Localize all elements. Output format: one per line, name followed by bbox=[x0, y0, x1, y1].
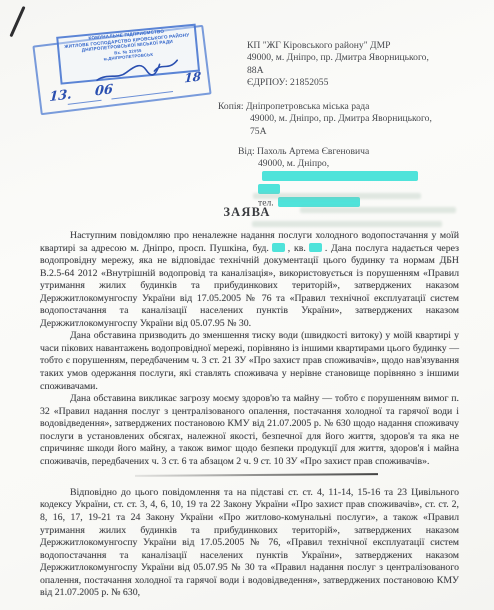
recipient-name: КП "ЖГ Кіровського району" ДМР bbox=[247, 40, 477, 52]
from-block: Від: Пахоль Артема Євгеновича 49000, м. … bbox=[238, 146, 488, 210]
redaction-apartment-number bbox=[309, 243, 322, 252]
bleed-through-line bbox=[252, 221, 442, 227]
bleed-through-line bbox=[253, 193, 421, 199]
from-name: Пахоль Артема Євгеновича bbox=[257, 146, 369, 157]
copy-address-building: 75А bbox=[218, 126, 478, 138]
copy-line: Копія: Дніпропетровська міська рада bbox=[218, 101, 478, 113]
handwritten-month: 06 bbox=[95, 82, 114, 99]
from-address-line: 49000, м. Дніпро, bbox=[238, 158, 488, 183]
document-title: ЗАЯВА bbox=[0, 205, 494, 220]
scanned-document-page: КОМУНАЛЬНЕ ПІДПРИЄМСТВО ЖИТЛОВЕ ГОСПОДАР… bbox=[0, 0, 494, 610]
copy-block: Копія: Дніпропетровська міська рада 4900… bbox=[218, 101, 478, 138]
document-body: Наступним повідомляю про неналежне надан… bbox=[40, 230, 459, 600]
paragraph-3: Дана обставина викликає загрозу моєму зд… bbox=[40, 393, 459, 468]
paragraph-1-text: . Дана послуга надається через водопрові… bbox=[40, 243, 459, 329]
handwritten-day: 13. bbox=[49, 87, 72, 105]
copy-address: 49000, м. Дніпро, пр. Дмитра Яворницьког… bbox=[218, 113, 478, 125]
redaction-address bbox=[262, 171, 418, 181]
paragraph-2: Дана обставина призводить до зменшення т… bbox=[40, 330, 459, 393]
paragraph-1-text: , кв. bbox=[288, 243, 306, 254]
recipient-edrpou: ЄДРПОУ: 21852055 bbox=[247, 77, 477, 89]
section-divider bbox=[135, 474, 378, 477]
incoming-stamp: КОМУНАЛЬНЕ ПІДПРИЄМСТВО ЖИТЛОВЕ ГОСПОДАР… bbox=[32, 21, 212, 119]
copy-name: Дніпропетровська міська рада bbox=[246, 101, 369, 112]
paragraph-4: Відповідно до цього повідомлення та на п… bbox=[40, 487, 459, 600]
recipient-address-building: 88А bbox=[247, 65, 477, 77]
from-label: Від: bbox=[238, 146, 255, 157]
recipient-block: КП "ЖГ Кіровського району" ДМР 49000, м.… bbox=[247, 40, 477, 90]
from-address-prefix: 49000, м. Дніпро, bbox=[258, 158, 329, 169]
from-line: Від: Пахоль Артема Євгеновича bbox=[238, 146, 488, 158]
redaction-building-number bbox=[272, 243, 285, 252]
recipient-address: 49000, м. Дніпро, пр. Дмитра Яворницьког… bbox=[247, 52, 477, 64]
handwritten-slash-mark bbox=[9, 6, 25, 37]
paragraph-1: Наступним повідомляю про неналежне надан… bbox=[40, 230, 459, 330]
handwritten-year: 18 bbox=[184, 69, 201, 85]
copy-label: Копія: bbox=[218, 101, 244, 112]
